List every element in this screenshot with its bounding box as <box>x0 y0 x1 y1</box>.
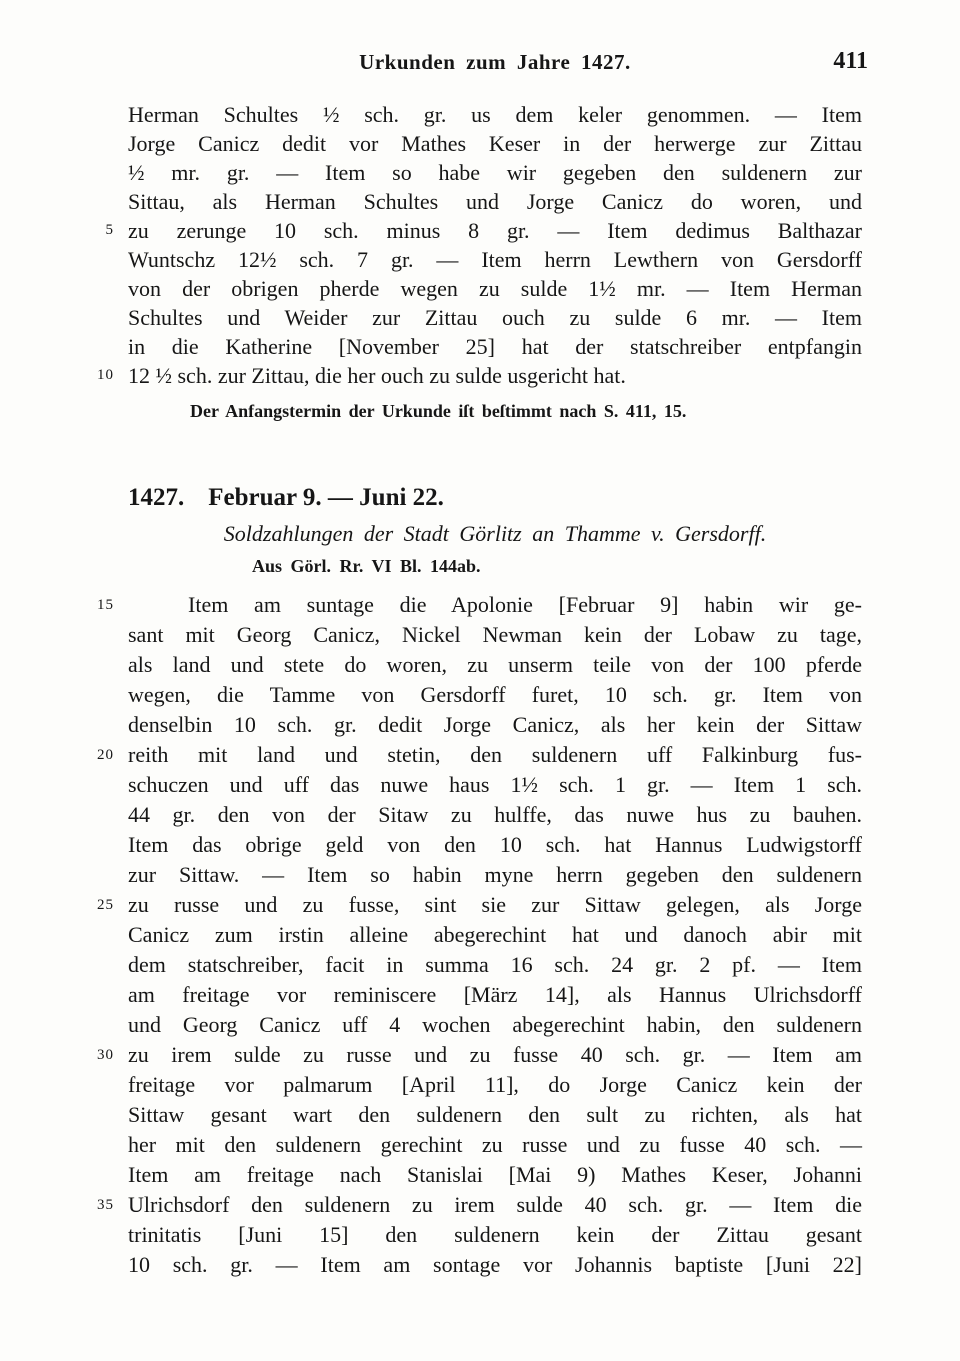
text-line-content: zu zerunge 10 sch. minus 8 gr. — Item de… <box>128 218 862 243</box>
margin-line-number: 30 <box>97 1040 114 1070</box>
text-line-content: schuczen und uff das nuwe haus 1½ sch. 1… <box>128 772 862 797</box>
text-line: Item am freitage nach Stanislai [Mai 9) … <box>128 1160 862 1190</box>
text-line-content: Item am freitage nach Stanislai [Mai 9) … <box>128 1162 862 1187</box>
text-line: 20reith mit land und stetin, den suldene… <box>128 740 862 770</box>
text-line-content: zur Sittaw. — Item so habin myne herrn g… <box>128 862 862 887</box>
text-line: her mit den suldenern gerechint zu russe… <box>128 1130 862 1160</box>
text-line: 15Item am suntage die Apolonie [Februar … <box>128 590 862 620</box>
text-line-content: reith mit land und stetin, den suldenern… <box>128 742 862 767</box>
text-line-content: Ulrichsdorf den suldenern zu irem sulde … <box>128 1192 862 1217</box>
text-line: trinitatis [Juni 15] den suldenern kein … <box>128 1220 862 1250</box>
entry-date-range: Februar 9. — Juni 22. <box>208 484 444 511</box>
text-line: 5zu zerunge 10 sch. minus 8 gr. — Item d… <box>128 216 862 245</box>
text-line: in die Katherine [November 25] hat der s… <box>128 332 862 361</box>
text-line-content: 10 sch. gr. — Item am sontage vor Johann… <box>128 1252 862 1277</box>
text-line: wegen, die Tamme von Gersdorff furet, 10… <box>128 680 862 710</box>
text-line-content: Canicz zum irstin alleine abegerechint h… <box>128 922 862 947</box>
previous-entry-paragraph: Herman Schultes ½ sch. gr. us dem keler … <box>128 100 862 390</box>
text-line: sant mit Georg Canicz, Nickel Newman kei… <box>128 620 862 650</box>
text-line: von der obrigen pherde wegen zu sulde 1½… <box>128 274 862 303</box>
editorial-note: Der Anfangstermin der Urkunde iſt beſtim… <box>190 399 862 423</box>
page-header: Urkunden zum Jahre 1427. 411 <box>128 50 862 78</box>
text-line: 30zu irem sulde zu russe und zu fusse 40… <box>128 1040 862 1070</box>
text-line-content: freitage vor palmarum [April 11], do Jor… <box>128 1072 862 1097</box>
text-line-content: wegen, die Tamme von Gersdorff furet, 10… <box>128 682 862 707</box>
text-line-content: am freitage vor reminiscere [März 14], a… <box>128 982 862 1007</box>
entry-title: Soldzahlungen der Stadt Görlitz an Thamm… <box>128 520 862 548</box>
text-line-content: trinitatis [Juni 15] den suldenern kein … <box>128 1222 862 1247</box>
text-line-content: Sittaw gesant wart den suldenern den sul… <box>128 1102 862 1127</box>
text-line: freitage vor palmarum [April 11], do Jor… <box>128 1070 862 1100</box>
text-line: Sittau, als Herman Schultes und Jorge Ca… <box>128 187 862 216</box>
entry-year: 1427. <box>128 484 184 511</box>
text-line-content: in die Katherine [November 25] hat der s… <box>128 334 862 359</box>
margin-line-number: 15 <box>37 590 114 620</box>
page-number: 411 <box>833 48 868 75</box>
text-line: dem statschreiber, facit in summa 16 sch… <box>128 950 862 980</box>
text-line-content: und Georg Canicz uff 4 wochen abegerechi… <box>128 1012 862 1037</box>
entry-source-ref: Aus Görl. Rr. VI Bl. 144ab. <box>252 554 862 578</box>
text-line-content: als land und stete do woren, zu unserm t… <box>128 652 862 677</box>
text-column: Urkunden zum Jahre 1427. 411 Herman Schu… <box>128 50 862 1280</box>
text-line: als land und stete do woren, zu unserm t… <box>128 650 862 680</box>
text-line: denselbin 10 sch. gr. dedit Jorge Canicz… <box>128 710 862 740</box>
margin-line-number: 20 <box>97 740 114 770</box>
text-line-content: zu russe und zu fusse, sint sie zur Sitt… <box>128 892 862 917</box>
text-line: 44 gr. den von der Sitaw zu hulffe, das … <box>128 800 862 830</box>
text-line: zur Sittaw. — Item so habin myne herrn g… <box>128 860 862 890</box>
text-line-content: Wuntschz 12½ sch. 7 gr. — Item herrn Lew… <box>128 247 862 272</box>
text-line-content: Item am suntage die Apolonie [Februar 9]… <box>188 592 862 617</box>
text-line: Jorge Canicz dedit vor Mathes Keser in d… <box>128 129 862 158</box>
text-line: Sittaw gesant wart den suldenern den sul… <box>128 1100 862 1130</box>
text-line: 25zu russe und zu fusse, sint sie zur Si… <box>128 890 862 920</box>
text-line: Herman Schultes ½ sch. gr. us dem keler … <box>128 100 862 129</box>
text-line: Item das obrige geld von den 10 sch. hat… <box>128 830 862 860</box>
text-line-content: von der obrigen pherde wegen zu sulde 1½… <box>128 276 862 301</box>
text-line: Canicz zum irstin alleine abegerechint h… <box>128 920 862 950</box>
margin-line-number: 5 <box>106 216 115 245</box>
text-line: 10 sch. gr. — Item am sontage vor Johann… <box>128 1250 862 1280</box>
margin-line-number: 35 <box>97 1190 114 1220</box>
text-line-content: ½ mr. gr. — Item so habe wir gegeben den… <box>128 160 862 185</box>
margin-line-number: 10 <box>97 361 114 390</box>
text-line-content: her mit den suldenern gerechint zu russe… <box>128 1132 862 1157</box>
text-line-content: 12 ½ sch. zur Zittau, die her ouch zu su… <box>128 363 626 388</box>
text-line: 35Ulrichsdorf den suldenern zu irem suld… <box>128 1190 862 1220</box>
text-line: Schultes und Weider zur Zittau ouch zu s… <box>128 303 862 332</box>
text-line-content: Sittau, als Herman Schultes und Jorge Ca… <box>128 189 862 214</box>
book-page: Urkunden zum Jahre 1427. 411 Herman Schu… <box>0 0 960 1361</box>
margin-line-number: 25 <box>97 890 114 920</box>
text-line-content: Item das obrige geld von den 10 sch. hat… <box>128 832 862 857</box>
entry-date-heading: 1427.Februar 9. — Juni 22. <box>128 483 862 513</box>
text-line-content: denselbin 10 sch. gr. dedit Jorge Canicz… <box>128 712 862 737</box>
running-title: Urkunden zum Jahre 1427. <box>128 50 862 75</box>
text-line: am freitage vor reminiscere [März 14], a… <box>128 980 862 1010</box>
text-line: und Georg Canicz uff 4 wochen abegerechi… <box>128 1010 862 1040</box>
text-line-content: zu irem sulde zu russe und zu fusse 40 s… <box>128 1042 862 1067</box>
text-line: schuczen und uff das nuwe haus 1½ sch. 1… <box>128 770 862 800</box>
text-line-content: Schultes und Weider zur Zittau ouch zu s… <box>128 305 862 330</box>
text-line: ½ mr. gr. — Item so habe wir gegeben den… <box>128 158 862 187</box>
text-line: Wuntschz 12½ sch. 7 gr. — Item herrn Lew… <box>128 245 862 274</box>
text-line-content: sant mit Georg Canicz, Nickel Newman kei… <box>128 622 862 647</box>
text-line-content: dem statschreiber, facit in summa 16 sch… <box>128 952 862 977</box>
text-line-content: Herman Schultes ½ sch. gr. us dem keler … <box>128 102 862 127</box>
text-line-content: Jorge Canicz dedit vor Mathes Keser in d… <box>128 131 862 156</box>
text-line: 1012 ½ sch. zur Zittau, die her ouch zu … <box>128 361 862 390</box>
text-line-content: 44 gr. den von der Sitaw zu hulffe, das … <box>128 802 862 827</box>
entry-body-paragraph: 15Item am suntage die Apolonie [Februar … <box>128 590 862 1280</box>
